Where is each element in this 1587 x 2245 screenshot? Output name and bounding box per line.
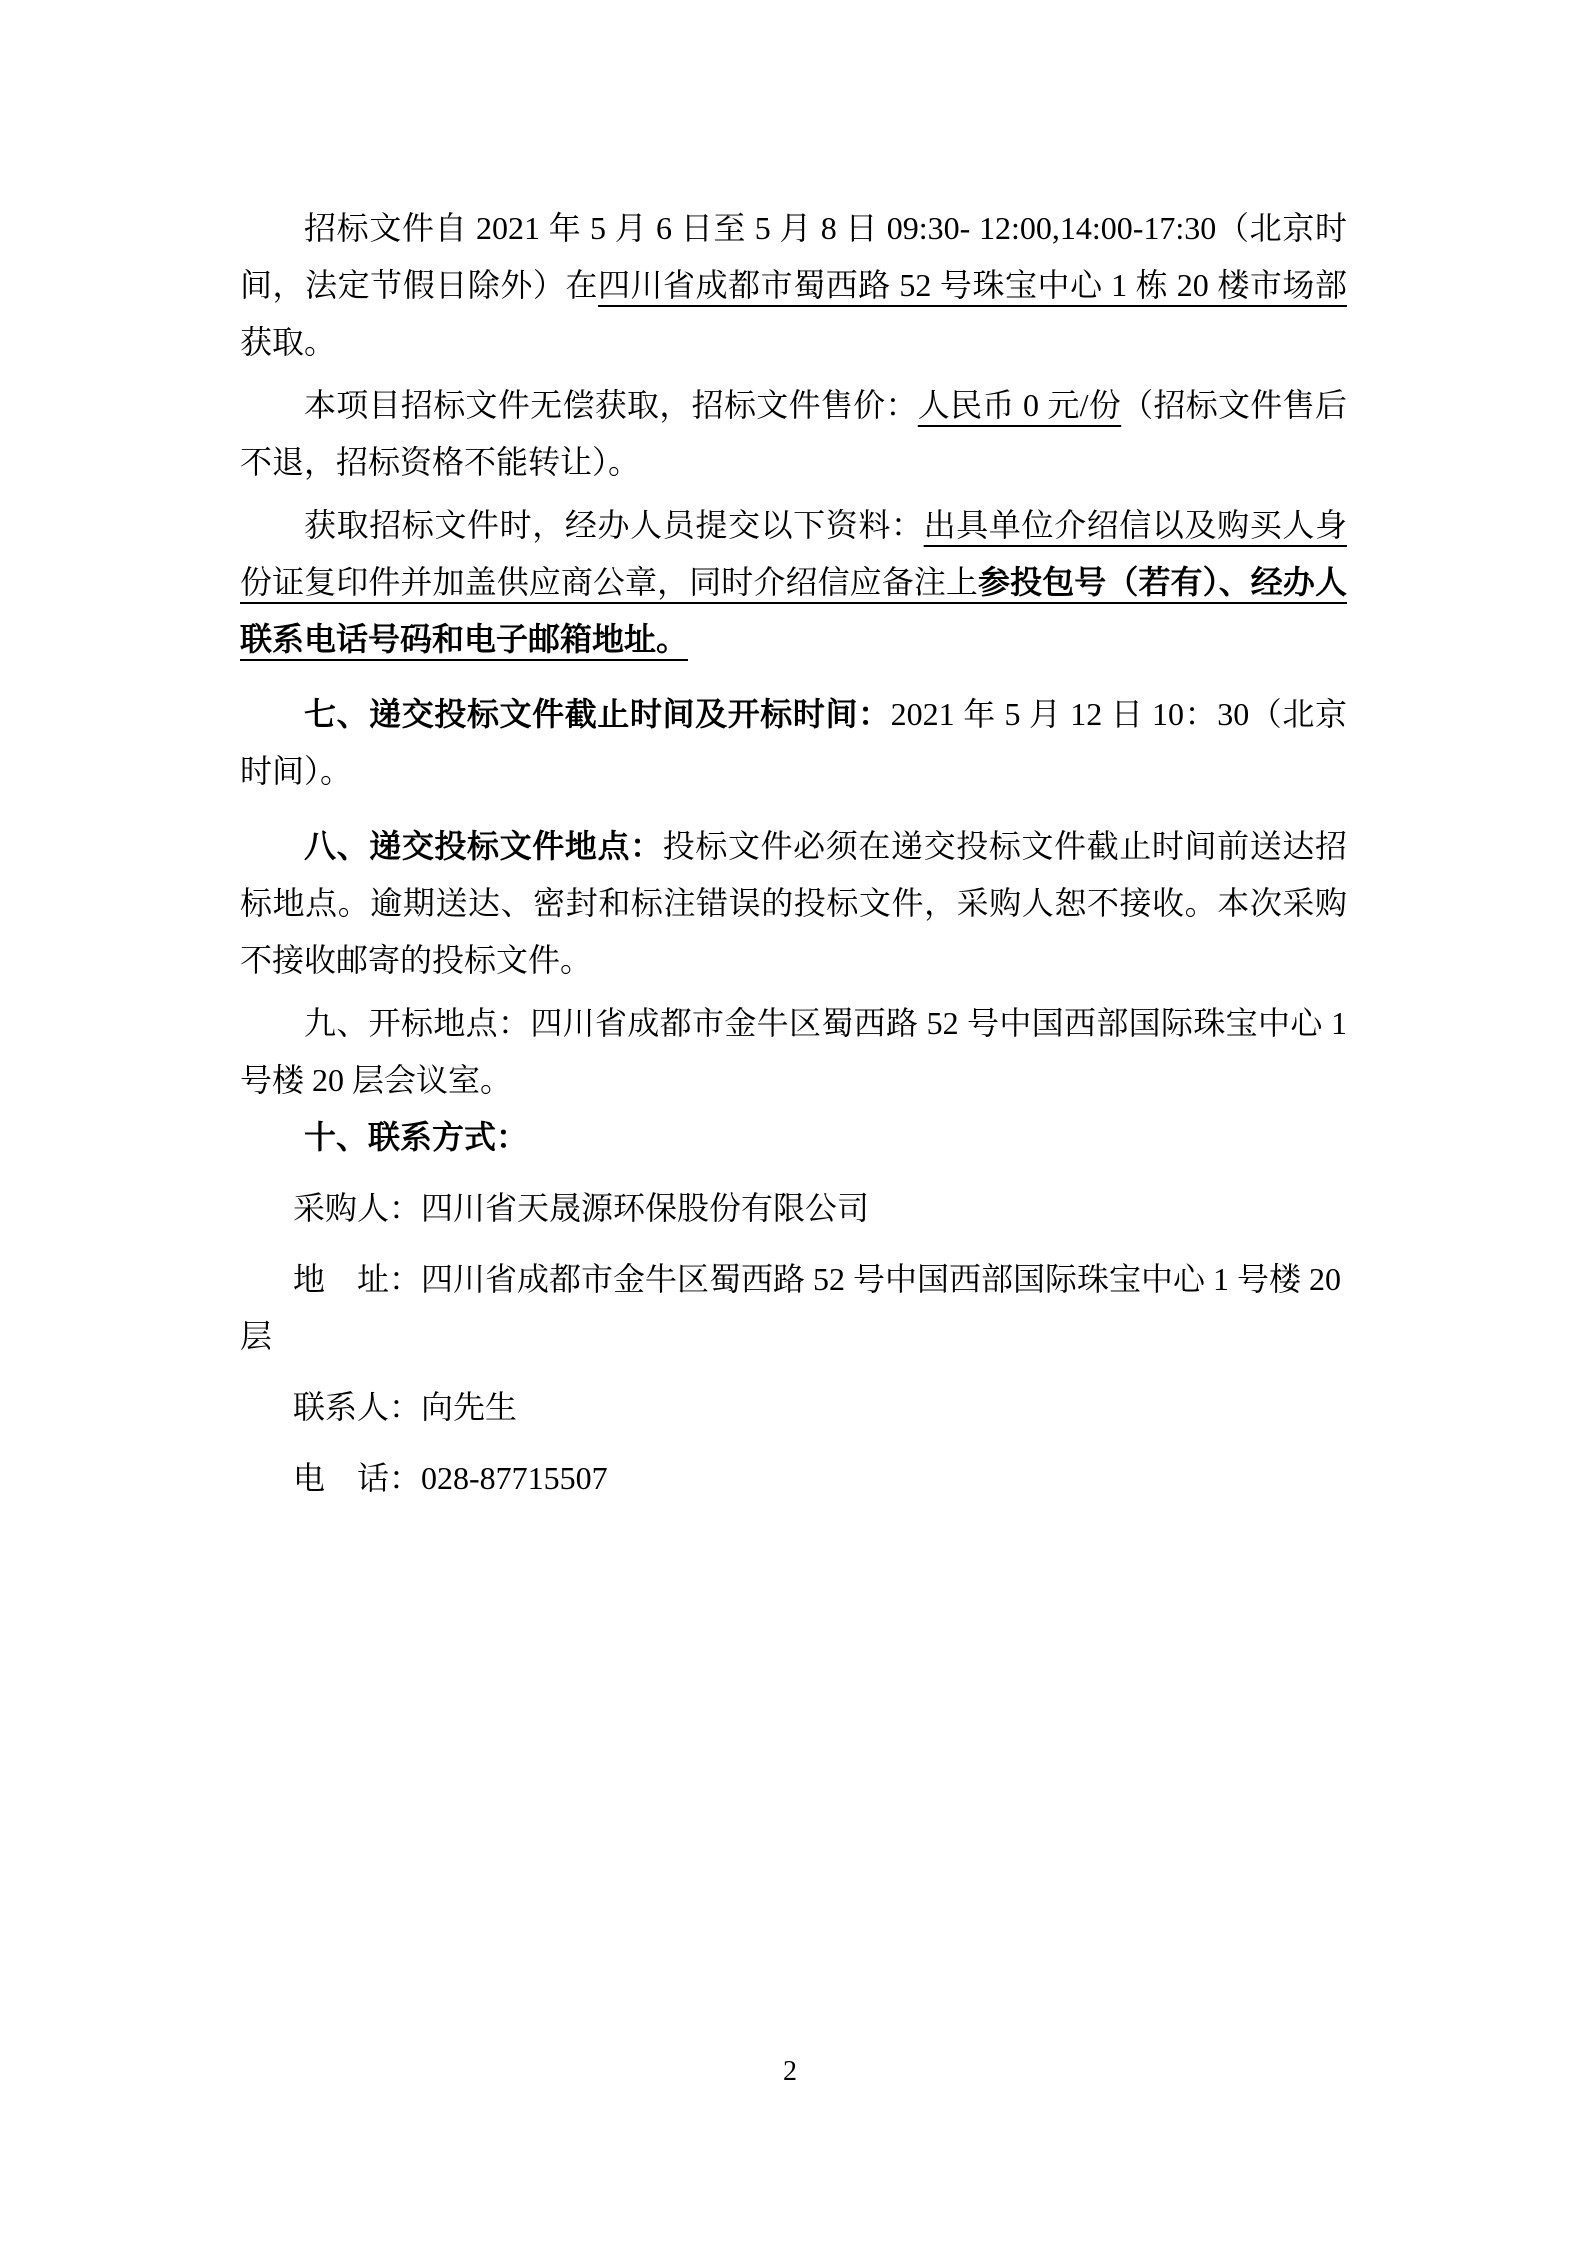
para-section-8-submit-place: 八、递交投标文件地点：投标文件必须在递交投标文件截止时间前送达招标地点。逾期送达… [240,818,1347,989]
text-run: 七、递交投标文件截止时间及开标时间： [304,696,891,732]
document-body: 招标文件自 2021 年 5 月 6 日至 5 月 8 日 09:30- 12:… [240,200,1347,1507]
para-doc-price: 本项目招标文件无偿获取，招标文件售价：人民币 0 元/份（招标文件售后不退，招标… [240,377,1347,491]
text-run: 九、开标地点：四川省成都市金牛区蜀西路 52 号中国西部国际珠宝中心 1 号楼 … [240,1005,1347,1098]
text-run: 八、递交投标文件地点： [304,828,663,864]
para-contact-purchaser: 采购人：四川省天晟源环保股份有限公司 [240,1180,1347,1237]
para-section-7-deadline-open-time: 七、递交投标文件截止时间及开标时间：2021 年 5 月 12 日 10：30（… [240,686,1347,800]
document-page: 招标文件自 2021 年 5 月 6 日至 5 月 8 日 09:30- 12:… [0,0,1587,2245]
text-run: 四川省成都市蜀西路 52 号珠宝中心 1 栋 20 楼市场部 [598,267,1347,303]
text-run: 电 话：028-87715507 [293,1460,608,1496]
text-run: 获取。 [240,324,336,360]
para-contact-person: 联系人：向先生 [240,1379,1347,1436]
text-run: 本项目招标文件无偿获取，招标文件售价： [304,387,918,423]
text-run: 采购人：四川省天晟源环保股份有限公司 [293,1190,869,1226]
page-number: 2 [0,2058,1580,2086]
text-run: 联系人：向先生 [293,1389,517,1425]
para-section-9-bid-opening-place: 九、开标地点：四川省成都市金牛区蜀西路 52 号中国西部国际珠宝中心 1 号楼 … [240,995,1347,1109]
text-run: 人民币 0 元/份 [918,387,1121,423]
text-run: 十、联系方式： [304,1119,528,1155]
text-run: 获取招标文件时，经办人员提交以下资料： [304,507,924,543]
para-tender-doc-obtain-time: 招标文件自 2021 年 5 月 6 日至 5 月 8 日 09:30- 12:… [240,200,1347,371]
para-contact-address: 地 址：四川省成都市金牛区蜀西路 52 号中国西部国际珠宝中心 1 号楼 20 … [240,1251,1347,1365]
text-run: 地 址：四川省成都市金牛区蜀西路 52 号中国西部国际珠宝中心 1 号楼 20 … [240,1261,1341,1354]
para-section-10-contact-heading: 十、联系方式： [240,1109,1347,1166]
para-obtain-materials: 获取招标文件时，经办人员提交以下资料：出具单位介绍信以及购买人身份证复印件并加盖… [240,497,1347,668]
para-contact-phone: 电 话：028-87715507 [240,1450,1347,1507]
